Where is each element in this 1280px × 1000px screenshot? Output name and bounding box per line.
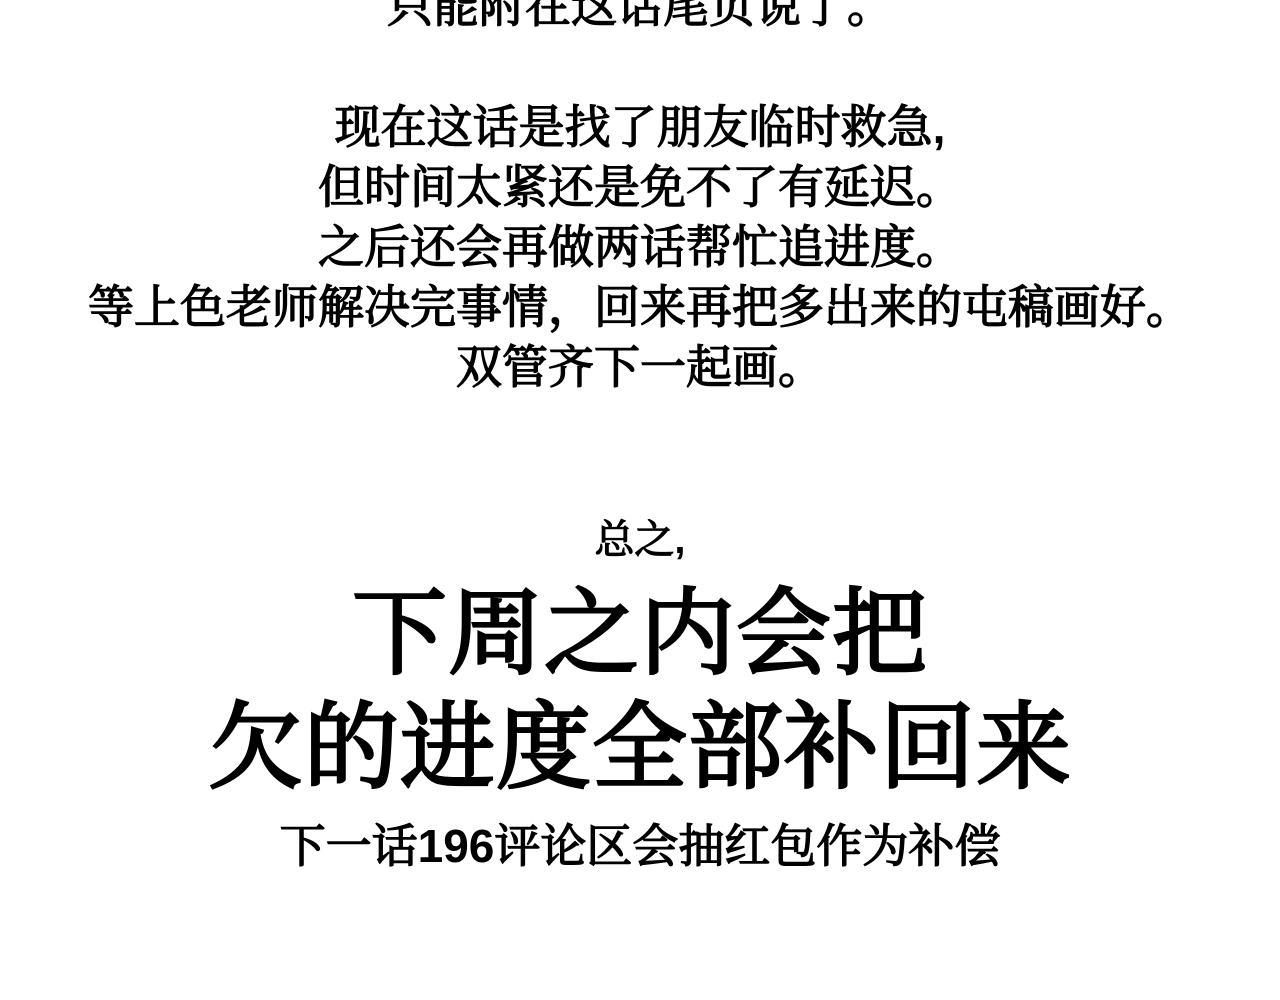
lead-in-text: 总之, bbox=[0, 516, 1280, 564]
author-note-page: 只能附在这话尾页说了。 现在这话是找了朋友临时救急, 但时间太紧还是免不了有延迟… bbox=[0, 0, 1280, 1000]
paragraph-line-3: 之后还会再做两话帮忙追进度。 bbox=[0, 217, 1280, 277]
paragraph-line-5: 双管齐下一起画。 bbox=[0, 337, 1280, 397]
note-paragraph: 现在这话是找了朋友临时救急, 但时间太紧还是免不了有延迟。 之后还会再做两话帮忙… bbox=[0, 97, 1280, 397]
headline: 下周之内会把 欠的进度全部补回来 bbox=[0, 577, 1280, 805]
headline-line-1: 下周之内会把 bbox=[0, 577, 1280, 691]
paragraph-line-1: 现在这话是找了朋友临时救急, bbox=[0, 97, 1280, 157]
paragraph-line-4: 等上色老师解决完事情，回来再把多出来的屯稿画好。 bbox=[0, 277, 1280, 337]
headline-line-2: 欠的进度全部补回来 bbox=[0, 691, 1280, 805]
compensation-note: 下一话196评论区会抽红包作为补偿 bbox=[0, 818, 1280, 874]
paragraph-line-2: 但时间太紧还是免不了有延迟。 bbox=[0, 157, 1280, 217]
note-clipped-top-line: 只能附在这话尾页说了。 bbox=[0, 0, 1280, 31]
